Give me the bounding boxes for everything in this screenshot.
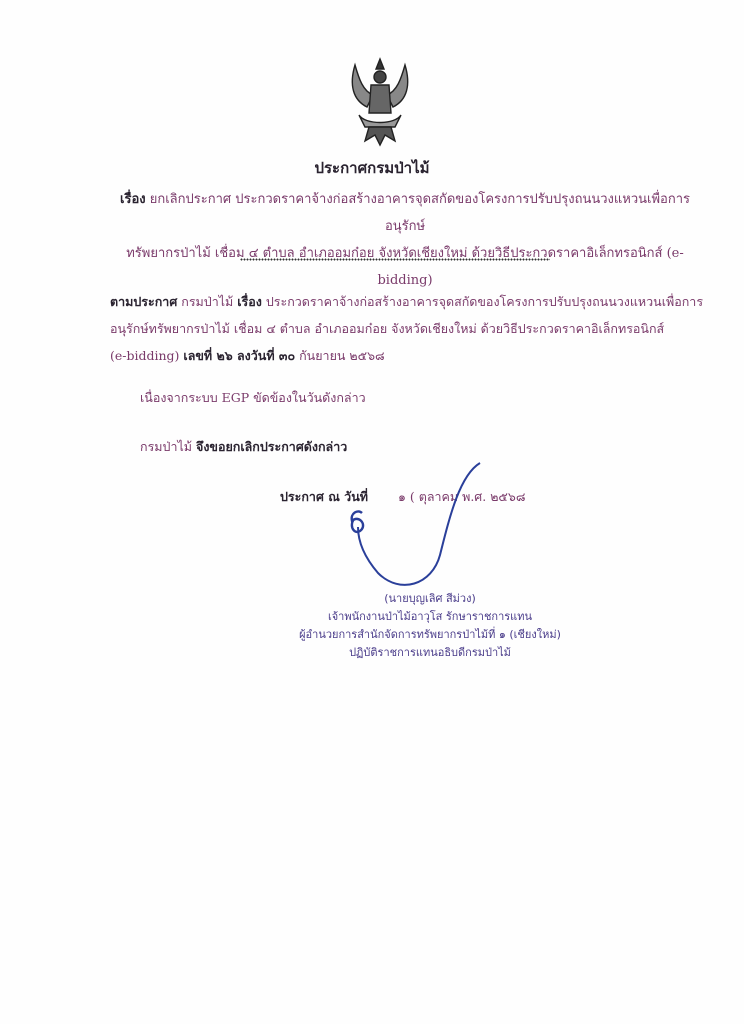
subject-block: เรื่อง ยกเลิกประกาศ ประกวดราคาจ้างก่อสร้… [105, 186, 705, 294]
handwritten-signature-icon [340, 455, 500, 595]
signatory-position-3: ปฏิบัติราชการแทนอธิบดีกรมป่าไม้ [290, 644, 570, 662]
reference-text-1: ประกวดราคาจ้างก่อสร้างอาคารจุดสกัดของโคร… [266, 294, 703, 309]
announcement-title: ประกาศกรมป่าไม้ [0, 156, 744, 180]
signatory-position-2: ผู้อำนวยการสำนักจัดการทรัพยากรป่าไม้ที่ … [290, 626, 570, 644]
signatory-position-1: เจ้าพนักงานป่าไม้อาวุโส รักษาราชการแทน [290, 608, 570, 626]
reference-subject-label: เรื่อง [237, 294, 262, 309]
conclusion-line: กรมป่าไม้ จึงขอยกเลิกประกาศดังกล่าว [140, 437, 347, 457]
reference-agency: กรมป่าไม้ [181, 294, 233, 309]
reference-line-3: (e-bidding) เลขที่ ๒๖ ลงวันที่ ๓๐ กันยาย… [110, 342, 710, 369]
subject-label: เรื่อง [120, 192, 146, 207]
subject-text-1: ยกเลิกประกาศ ประกวดราคาจ้างก่อสร้างอาคาร… [150, 192, 690, 234]
reference-ebidding: (e-bidding) [110, 348, 179, 363]
dotted-divider [240, 258, 550, 261]
reference-line-1: ตามประกาศ กรมป่าไม้ เรื่อง ประกวดราคาจ้า… [110, 288, 710, 315]
conclusion-agency: กรมป่าไม้ [140, 439, 192, 454]
document-page: ประกาศกรมป่าไม้ เรื่อง ยกเลิกประกาศ ประก… [0, 0, 744, 1024]
reason-line: เนื่องจากระบบ EGP ขัดข้องในวันดังกล่าว [140, 388, 366, 408]
reference-paragraph: ตามประกาศ กรมป่าไม้ เรื่อง ประกวดราคาจ้า… [110, 288, 710, 369]
subject-line-1: เรื่อง ยกเลิกประกาศ ประกวดราคาจ้างก่อสร้… [105, 186, 705, 240]
reference-number: เลขที่ ๒๖ ลงวันที่ ๓๐ [183, 348, 295, 363]
reference-label: ตามประกาศ [110, 294, 177, 309]
signatory-name: (นายบุญเลิศ สีม่วง) [290, 590, 570, 608]
signatory-block: (นายบุญเลิศ สีม่วง) เจ้าพนักงานป่าไม้อาว… [290, 590, 570, 662]
conclusion-text: จึงขอยกเลิกประกาศดังกล่าว [196, 439, 347, 454]
reference-date: กันยายน ๒๕๖๘ [299, 348, 385, 363]
reference-line-2: อนุรักษ์ทรัพยากรป่าไม้ เชื่อม ๔ ตำบล อำเ… [110, 315, 710, 342]
garuda-emblem-icon [345, 55, 415, 150]
subject-line-2: ทรัพยากรป่าไม้ เชื่อม ๔ ตำบล อำเภออมก๋อย… [105, 240, 705, 294]
